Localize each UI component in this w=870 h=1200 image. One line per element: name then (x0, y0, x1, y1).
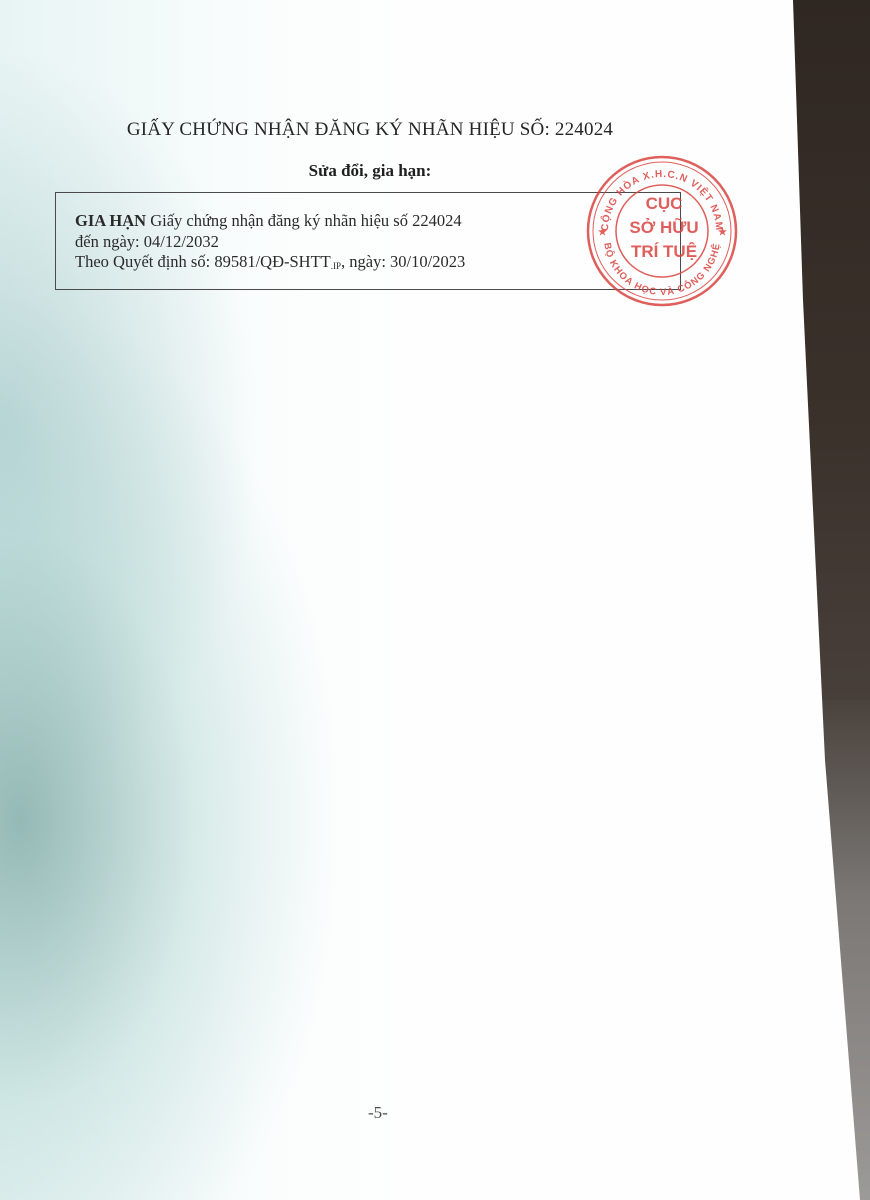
seal-center-line-2: SỞ HỮU (629, 217, 698, 237)
document-page: GIẤY CHỨNG NHẬN ĐĂNG KÝ NHÃN HIỆU SỐ: 22… (0, 0, 870, 1200)
decision-date: , ngày: 30/10/2023 (341, 252, 465, 271)
seal-star-left-icon: ★ (598, 227, 607, 238)
seal-center-line-3: TRÍ TUỆ (631, 242, 697, 261)
page-number: -5- (368, 1103, 388, 1123)
amendment-line-1-text: Giấy chứng nhận đăng ký nhãn hiệu số 224… (146, 211, 462, 230)
seal-star-right-icon: ★ (718, 227, 727, 238)
certificate-title: GIẤY CHỨNG NHẬN ĐĂNG KÝ NHÃN HIỆU SỐ: 22… (0, 119, 740, 141)
official-seal-icon: CỘNG HÒA X.H.C.N VIỆT NAM BỘ KHOA HỌC VÀ… (584, 153, 740, 309)
decision-number: Theo Quyết định số: 89581/QĐ-SHTT (75, 252, 331, 271)
decision-suffix: .IP (331, 261, 341, 271)
seal-center-line-1: CỤC (646, 194, 683, 213)
amendment-action: GIA HẠN (75, 211, 146, 230)
